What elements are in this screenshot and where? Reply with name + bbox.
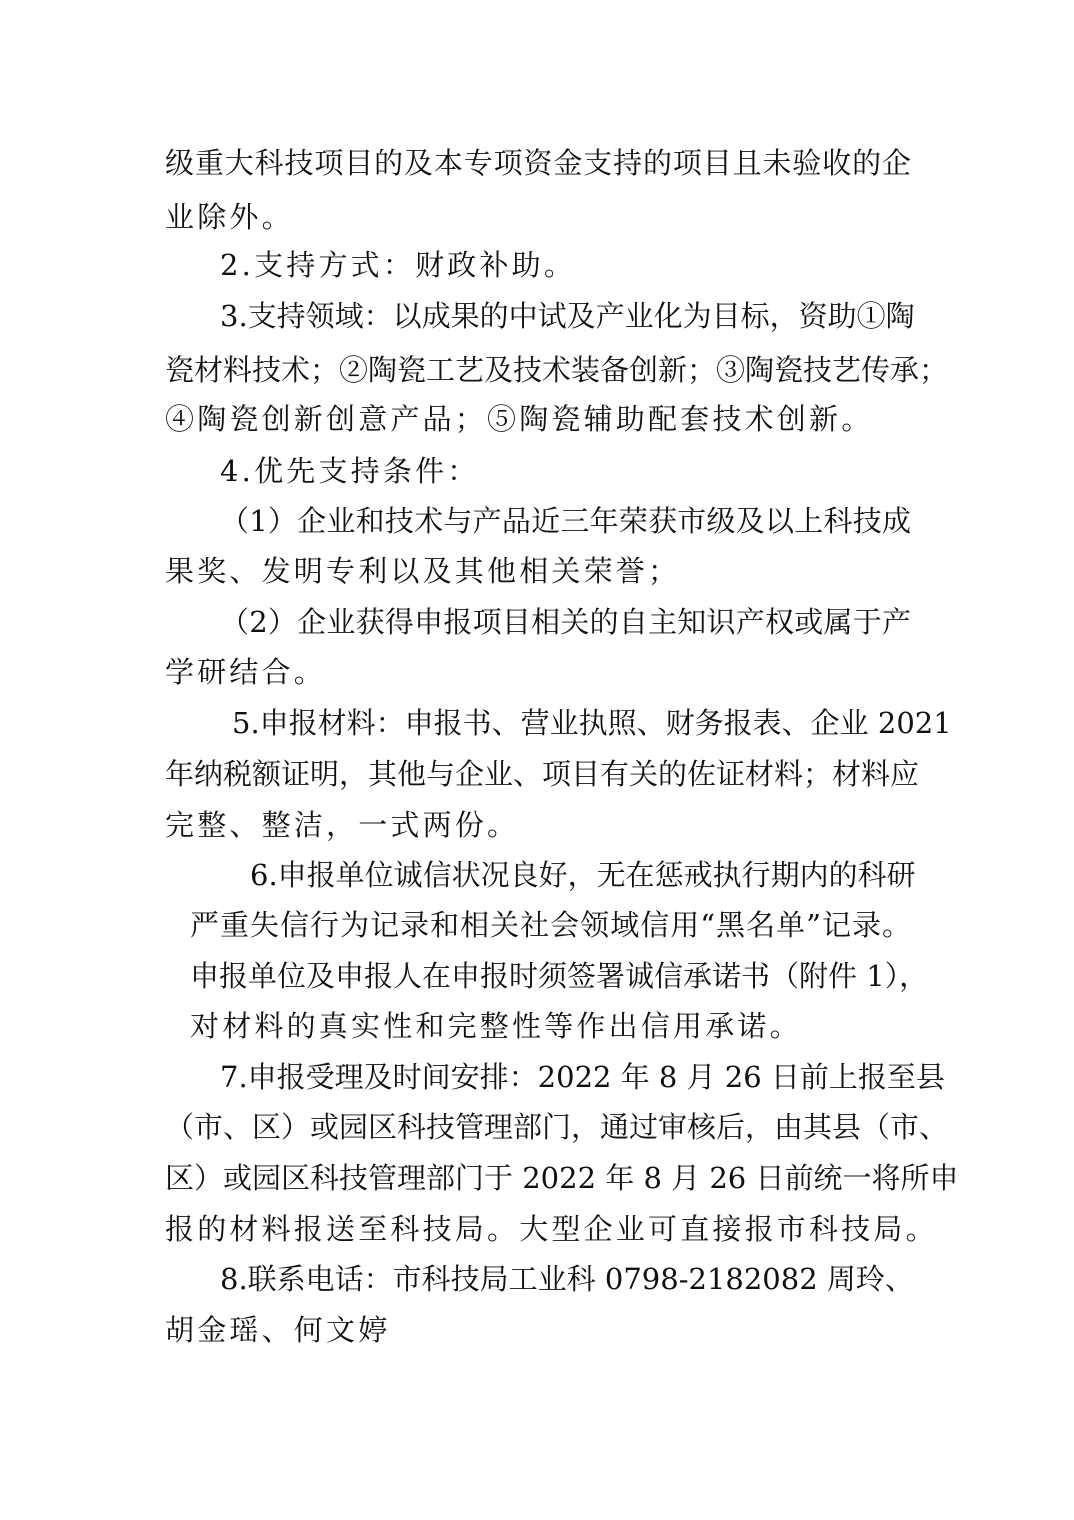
text-line-13: 年纳税额证明，其他与企业、项目有关的佐证材料；材料应 bbox=[165, 754, 911, 794]
text-line-2: 业除外。 bbox=[165, 197, 294, 237]
text-line-5: 瓷材料技术；②陶瓷工艺及技术装备创新；③陶瓷技艺传承； bbox=[165, 350, 911, 390]
item-5-application-materials: 5.申报材料：申报书、营业执照、财务报表、企业 2021 bbox=[232, 703, 911, 743]
condition-1: （1）企业和技术与产品近三年荣获市级及以上科技成 bbox=[220, 501, 911, 541]
text-line-16: 严重失信行为记录和相关社会领域信用“黑名单”记录。 bbox=[190, 905, 911, 945]
item-3-support-areas: 3.支持领域：以成果的中试及产业化为目标，资助①陶 bbox=[220, 296, 911, 336]
text-line-17: 申报单位及申报人在申报时须签署诚信承诺书（附件 1）， bbox=[190, 956, 911, 996]
text-line-11: 学研结合。 bbox=[165, 652, 326, 692]
text-line-6: ④陶瓷创新创意产品；⑤陶瓷辅助配套技术创新。 bbox=[165, 399, 873, 439]
item-4-priority-conditions: 4.优先支持条件： bbox=[220, 451, 479, 491]
text-line-18: 对材料的真实性和完整性等作出信用承诺。 bbox=[190, 1006, 802, 1046]
item-6-credit-status: 6.申报单位诚信状况良好，无在惩戒执行期内的科研 bbox=[250, 855, 911, 895]
text-line-20: （市、区）或园区科技管理部门，通过审核后，由其县（市、 bbox=[165, 1107, 911, 1147]
document-page: 级重大科技项目的及本专项资金支持的项目且未验收的企 业除外。 2.支持方式：财政… bbox=[0, 0, 1074, 1520]
item-8-contact: 8.联系电话：市科技局工业科 0798-2182082 周玲、 bbox=[220, 1259, 911, 1299]
text-line-9: 果奖、发明专利以及其他相关荣誉； bbox=[165, 551, 680, 591]
text-line-22: 报的材料报送至科技局。大型企业可直接报市科技局。 bbox=[165, 1209, 938, 1249]
text-line-14: 完整、整洁，一式两份。 bbox=[165, 805, 519, 845]
text-line-1: 级重大科技项目的及本专项资金支持的项目且未验收的企 bbox=[165, 143, 911, 183]
condition-2: （2）企业获得申报项目相关的自主知识产权或属于产 bbox=[220, 602, 911, 642]
contact-names: 胡金瑶、何文婷 bbox=[165, 1310, 390, 1350]
text-line-21: 区）或园区科技管理部门于 2022 年 8 月 26 日前统一将所申 bbox=[165, 1158, 911, 1198]
item-7-schedule: 7.申报受理及时间安排：2022 年 8 月 26 日前上报至县 bbox=[220, 1057, 911, 1097]
item-2-support-method: 2.支持方式：财政补助。 bbox=[220, 245, 576, 285]
